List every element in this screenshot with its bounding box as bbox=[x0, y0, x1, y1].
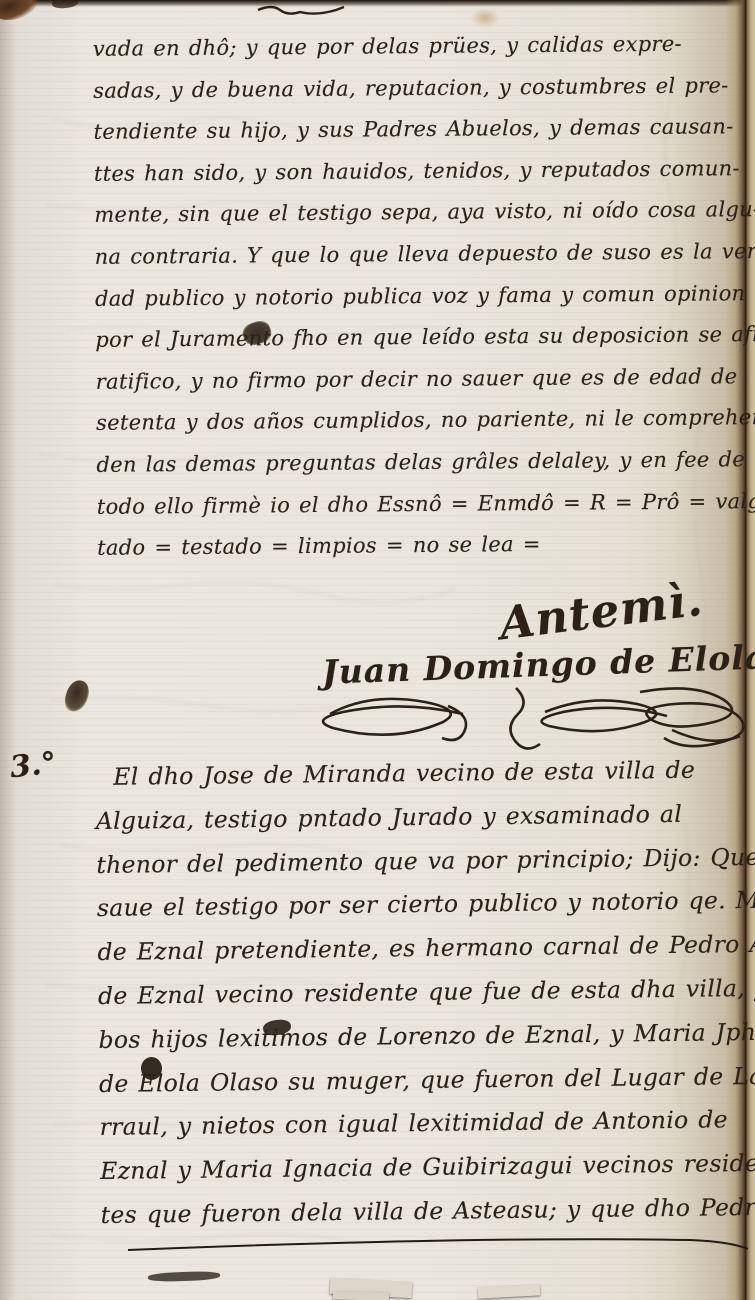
manuscript-page: vada en dhô; y que por delas prües, y ca… bbox=[0, 0, 755, 1300]
ink-rule bbox=[0, 0, 755, 1300]
torn-paper-flap bbox=[333, 1292, 389, 1300]
